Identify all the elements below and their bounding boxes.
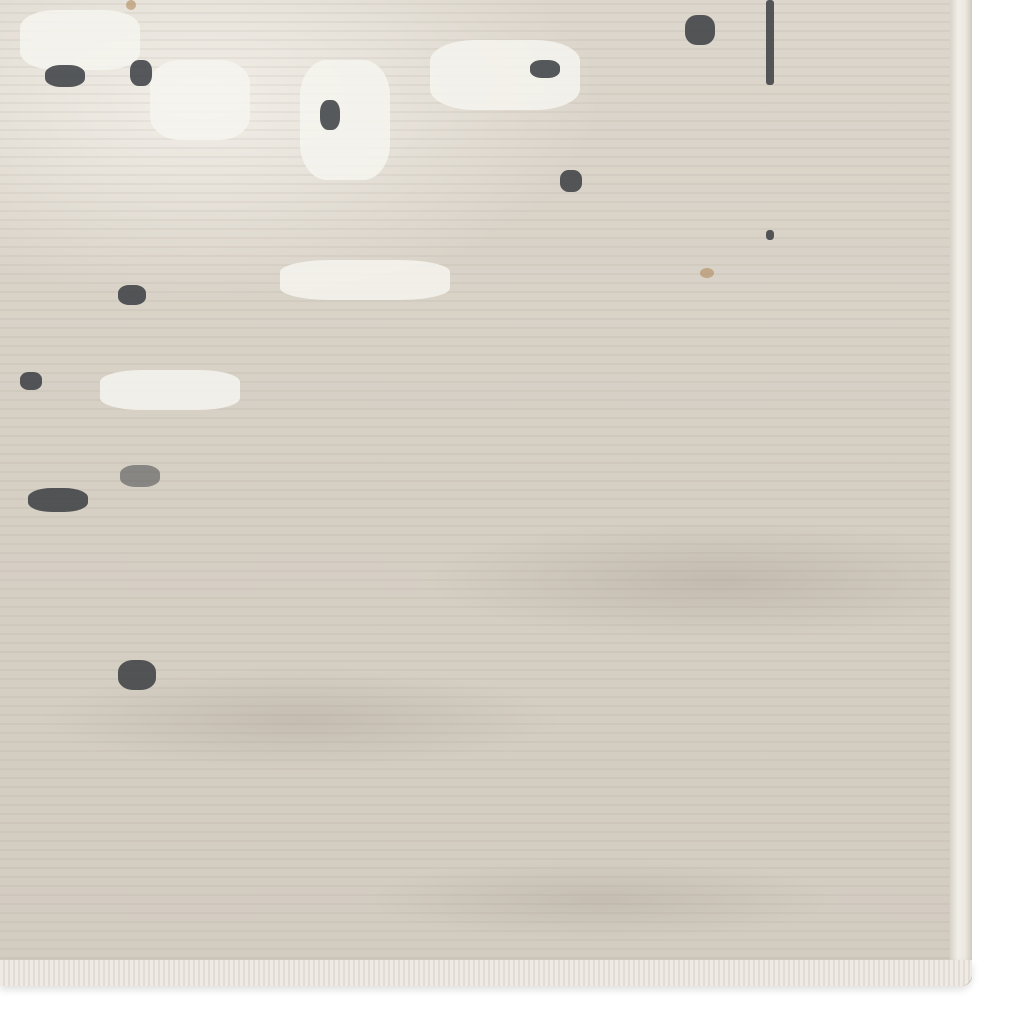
charcoal-fleck — [45, 65, 85, 87]
charcoal-fleck — [320, 100, 340, 130]
charcoal-fleck — [560, 170, 582, 192]
floral-motif — [100, 370, 240, 410]
floral-motif — [300, 60, 390, 180]
charcoal-fleck — [130, 60, 152, 86]
charcoal-fleck — [118, 285, 146, 305]
charcoal-fleck — [28, 488, 88, 512]
rug-field — [0, 0, 972, 986]
rug-photo — [0, 0, 1012, 1024]
binding-right — [950, 0, 972, 986]
charcoal-fleck — [766, 0, 774, 85]
floral-motif — [20, 10, 140, 70]
charcoal-fleck — [530, 60, 560, 78]
charcoal-fleck — [685, 15, 715, 45]
charcoal-fleck — [118, 660, 156, 690]
rust-accent — [700, 268, 714, 278]
rust-accent — [126, 0, 136, 10]
binding-bottom — [0, 960, 972, 986]
charcoal-fleck — [20, 372, 42, 390]
floral-motif — [150, 60, 250, 140]
charcoal-fleck — [120, 465, 160, 487]
charcoal-fleck — [766, 230, 774, 240]
floral-motif — [280, 260, 450, 300]
